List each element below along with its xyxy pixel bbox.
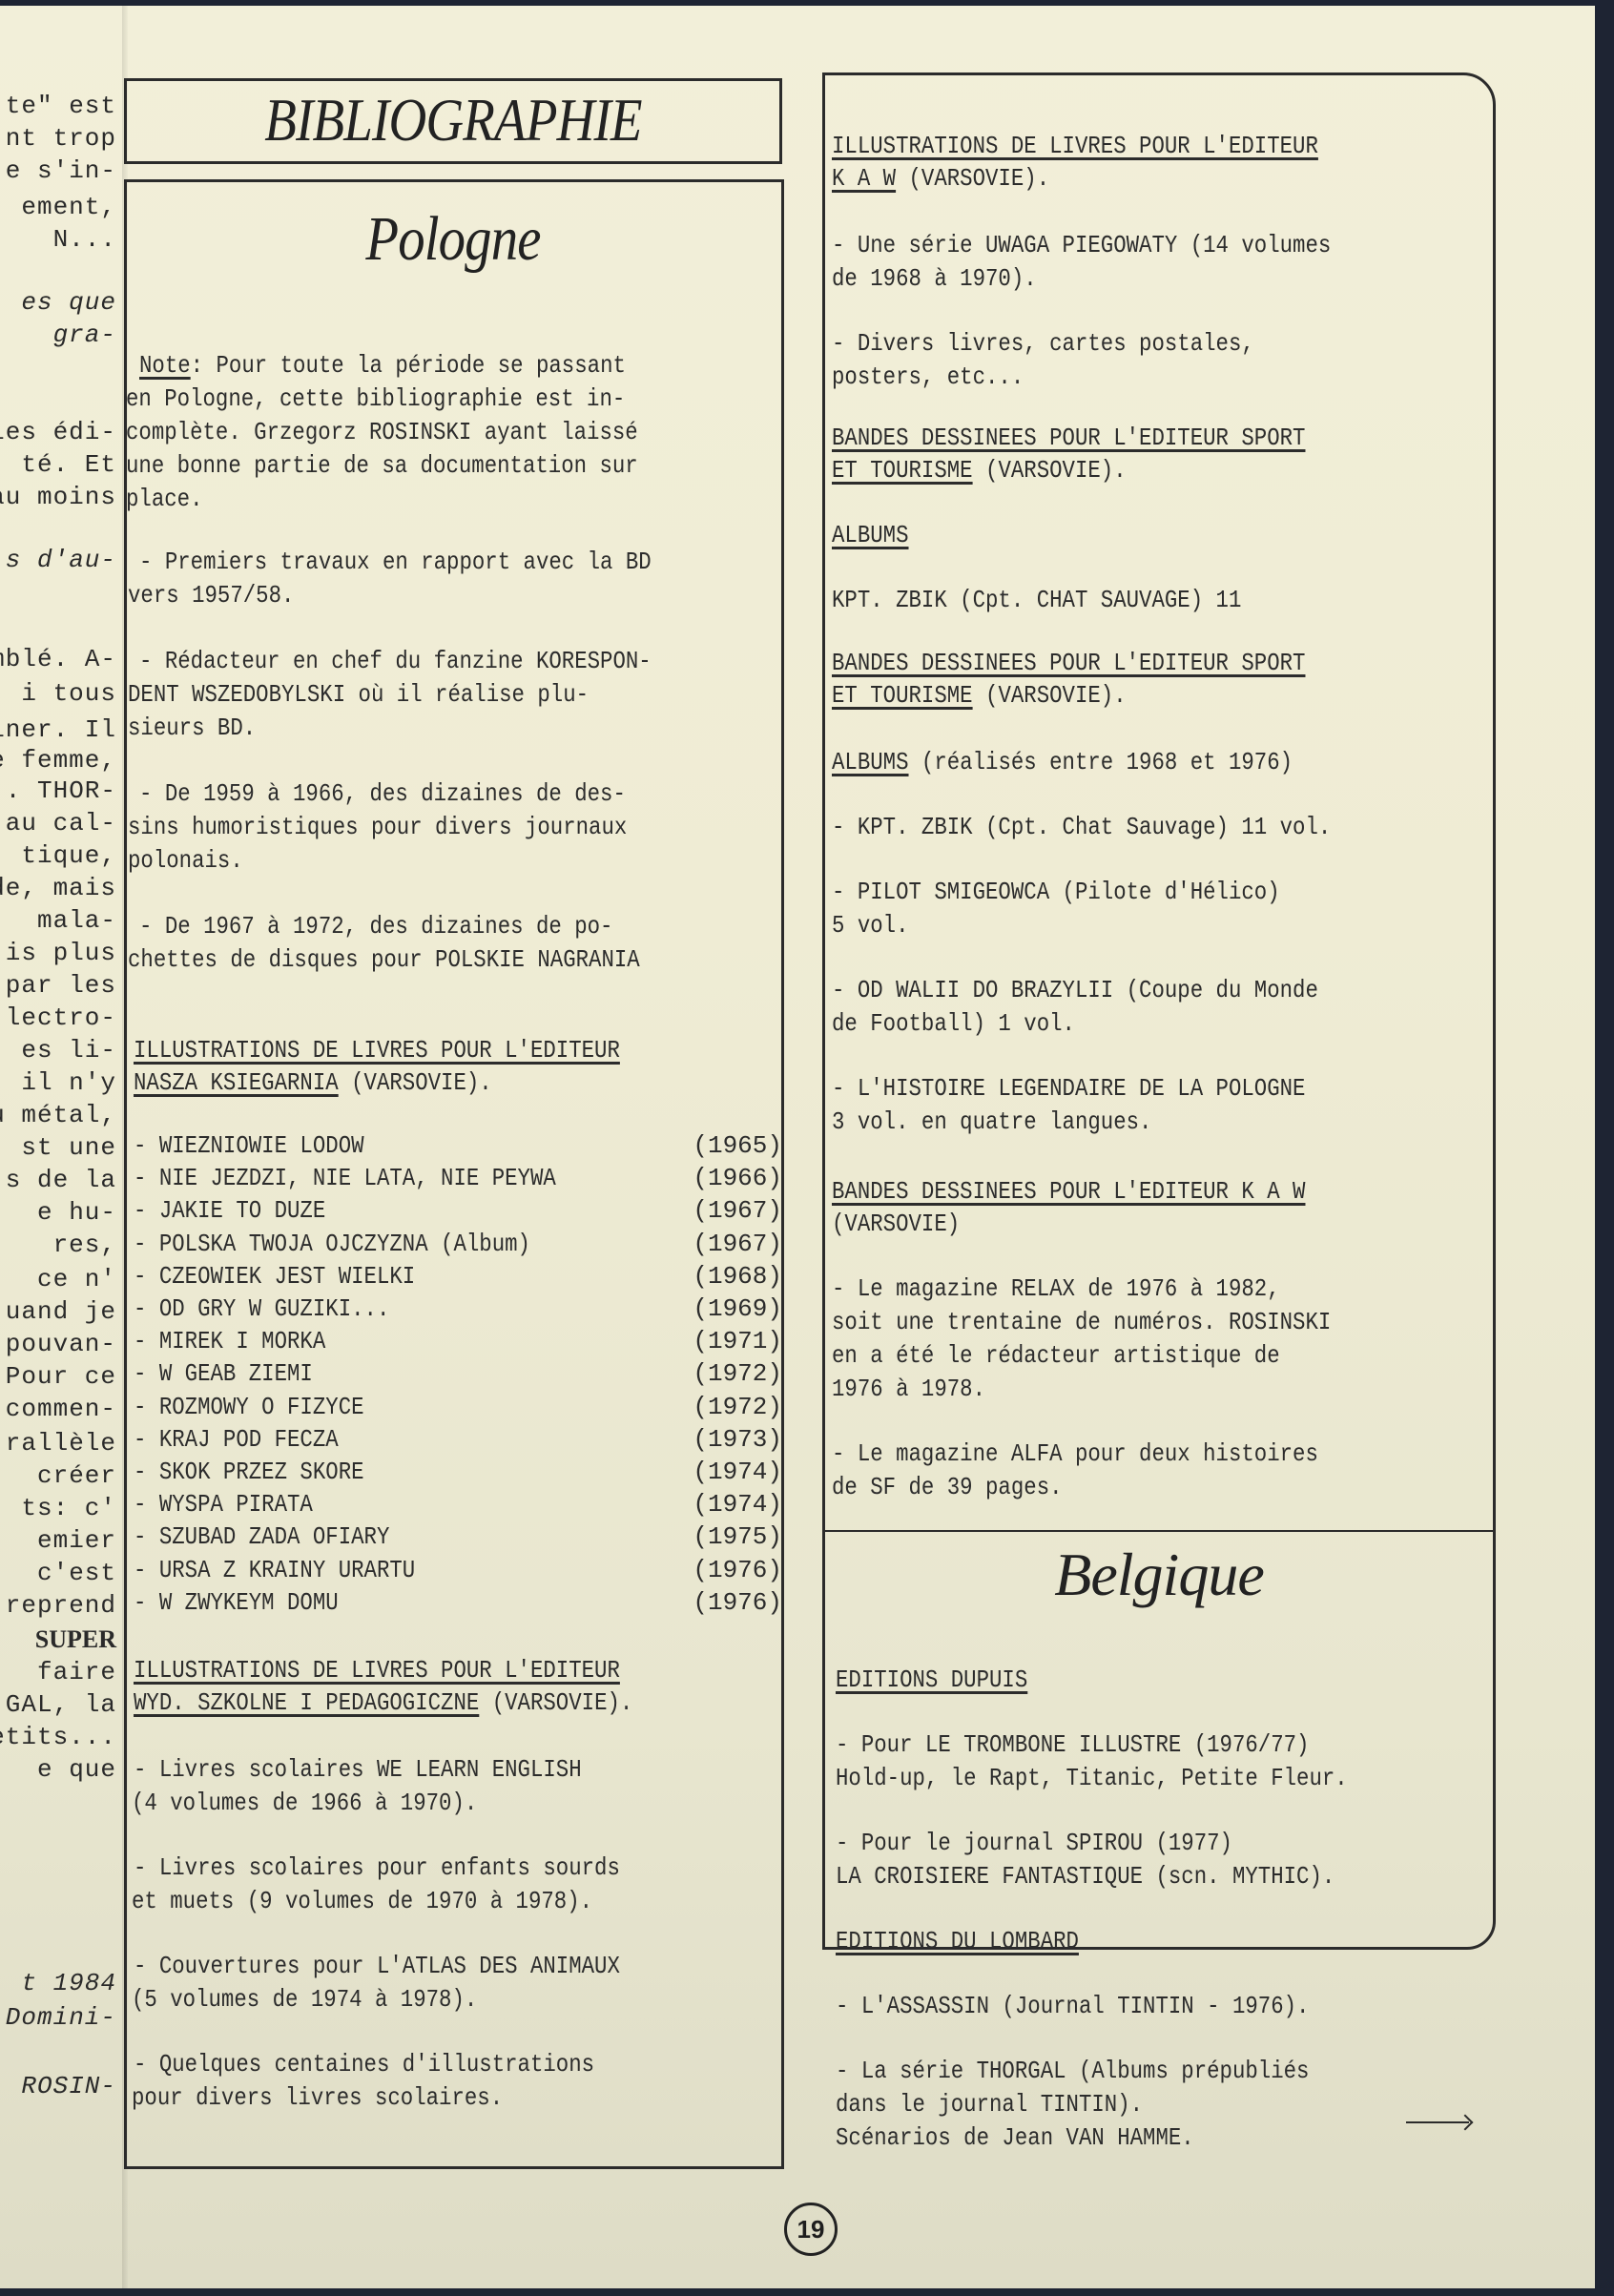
text-span: (VARSOVIE). <box>339 1068 492 1097</box>
albums-label: ALBUMS <box>832 519 909 552</box>
bullet-line: (5 volumes de 1974 à 1978). <box>132 1983 477 2017</box>
fragment-line: mblé. A- <box>0 645 116 673</box>
text-span: - Une série UWAGA PIEGOWATY (14 volumes <box>832 231 1331 259</box>
underlined-heading-text: ET TOURISME <box>832 456 973 485</box>
book-title: - WYSPA PIRATA <box>134 1488 313 1520</box>
text-span: complète. Grzegorz ROSINSKI ayant laissé <box>126 418 638 446</box>
fragment-line: Pour ce <box>6 1362 116 1391</box>
kaw-bd-heading: BANDES DESSINEES POUR L'EDITEUR K A W <box>832 1175 1305 1209</box>
book-row: - CZEOWIEK JEST WIELKI(1968) <box>134 1260 782 1293</box>
text-span: pour divers livres scolaires. <box>132 2083 503 2112</box>
bullet-line: - Rédacteur en chef du fanzine KORESPON- <box>139 645 652 678</box>
bullet-line: - Quelques centaines d'illustrations <box>134 2048 594 2081</box>
underlined-heading-text: ILLUSTRATIONS DE LIVRES POUR L'EDITEUR <box>134 1036 620 1065</box>
text-span: 3 vol. en quatre langues. <box>832 1107 1151 1136</box>
nasza-heading: NASZA KSIEGARNIA (VARSOVIE). <box>134 1066 492 1100</box>
note-line: en Pologne, cette bibliographie est in- <box>126 383 625 416</box>
text-span: une bonne partie de sa documentation sur <box>126 451 638 480</box>
book-row: - URSA Z KRAINY URARTU(1976) <box>134 1554 782 1586</box>
fragment-line: au cal- <box>6 809 116 838</box>
text-span: sieurs BD. <box>128 714 256 742</box>
note-line: place. <box>126 483 203 516</box>
kaw-heading: K A W (VARSOVIE). <box>832 162 1049 196</box>
book-year: (1973) <box>693 1423 782 1456</box>
text-span: - KPT. ZBIK (Cpt. Chat Sauvage) 11 vol. <box>832 813 1331 841</box>
text-span: soit une trentaine de numéros. ROSINSKI <box>832 1308 1331 1336</box>
fragment-line: les édi- <box>0 418 116 446</box>
book-year: (1969) <box>693 1293 782 1325</box>
text-span: 5 vol. <box>832 911 909 940</box>
bullet-line: de 1968 à 1970). <box>832 262 1037 296</box>
fragment-line: u métal, <box>0 1101 116 1129</box>
bullet-line: de Football) 1 vol. <box>832 1007 1075 1041</box>
bullet-line: en a été le rédacteur artistique de <box>832 1339 1280 1373</box>
bullet-line: chettes de disques pour POLSKIE NAGRANIA <box>128 943 640 977</box>
fragment-line: mala- <box>37 906 116 935</box>
book-year: (1967) <box>693 1228 782 1260</box>
text-span: - Le magazine ALFA pour deux histoires <box>832 1439 1318 1468</box>
book-year: (1968) <box>693 1260 782 1293</box>
book-title: - ROZMOWY O FIZYCE <box>134 1391 364 1423</box>
text-span: de 1968 à 1970). <box>832 264 1037 293</box>
bullet-line: posters, etc... <box>832 361 1024 394</box>
book-title: - NIE JEZDZI, NIE LATA, NIE PEYWA <box>134 1162 556 1194</box>
text-span: en a été le rédacteur artistique de <box>832 1341 1280 1370</box>
bullet-line: - Premiers travaux en rapport avec la BD <box>139 546 652 579</box>
text-span: sins humoristiques pour divers journaux <box>128 813 627 841</box>
book-year: (1975) <box>693 1520 782 1553</box>
book-year: (1974) <box>693 1488 782 1520</box>
text-span: - De 1967 à 1972, des dizaines de po- <box>139 912 612 941</box>
book-title: - SZUBAD ZADA OFIARY <box>134 1520 389 1553</box>
fragment-line: au moins <box>0 483 116 511</box>
book-row: - KRAJ POD FECZA(1973) <box>134 1423 782 1456</box>
bullet-line: - De 1967 à 1972, des dizaines de po- <box>139 910 612 943</box>
fragment-line: e que <box>37 1755 116 1784</box>
bullet-line: Scénarios de Jean VAN HAMME. <box>836 2121 1194 2155</box>
text-span: 1976 à 1978. <box>832 1375 985 1403</box>
book-row: - WIEZNIOWIE LODOW(1965) <box>134 1129 782 1162</box>
book-year: (1976) <box>693 1586 782 1619</box>
text-span: - Le magazine RELAX de 1976 à 1982, <box>832 1274 1280 1303</box>
previous-page-column-fragment: te" estnt trope s'in-ement,N...es quegra… <box>0 6 122 2289</box>
underlined-heading-text: ALBUMS <box>832 748 909 776</box>
text-span: - Quelques centaines d'illustrations <box>134 2050 594 2079</box>
text-span: - Livres scolaires pour enfants sourds <box>134 1853 620 1882</box>
album-line: KPT. ZBIK (Cpt. CHAT SAUVAGE) 11 <box>832 584 1241 617</box>
fragment-line: . THOR- <box>6 776 116 805</box>
sport-heading: BANDES DESSINEES POUR L'EDITEUR SPORT <box>832 422 1305 455</box>
nasza-heading: ILLUSTRATIONS DE LIVRES POUR L'EDITEUR <box>134 1034 620 1067</box>
fragment-line: , il n'y <box>0 1068 116 1097</box>
book-title: - SKOK PRZEZ SKORE <box>134 1456 364 1488</box>
fragment-line: res, <box>53 1231 116 1259</box>
text-span: - Premiers travaux en rapport avec la BD <box>139 548 652 576</box>
fragment-line: faire <box>37 1658 116 1686</box>
book-year: (1972) <box>693 1357 782 1390</box>
book-title: - WIEZNIOWIE LODOW <box>134 1129 364 1162</box>
bullet-line: sins humoristiques pour divers journaux <box>128 811 627 844</box>
book-row: - SZUBAD ZADA OFIARY(1975) <box>134 1520 782 1553</box>
text-span: (5 volumes de 1974 à 1978). <box>132 1985 477 2014</box>
fragment-line: gra- <box>53 321 116 349</box>
book-title: - W ZWYKEYM DOMU <box>134 1586 339 1619</box>
bullet-line: - L'HISTOIRE LEGENDAIRE DE LA POLOGNE <box>832 1072 1305 1106</box>
bullet-line: - KPT. ZBIK (Cpt. Chat Sauvage) 11 vol. <box>832 811 1331 844</box>
fragment-line: i tous <box>21 679 116 708</box>
text-span: en Pologne, cette bibliographie est in- <box>126 384 625 413</box>
fragment-line: c'est <box>37 1559 116 1587</box>
underlined-heading-text: K A W <box>832 164 896 193</box>
scan-edge <box>1595 0 1614 2296</box>
bullet-line: sieurs BD. <box>128 712 256 745</box>
text-span: (VARSOVIE). <box>896 164 1049 193</box>
text-span: et muets (9 volumes de 1970 à 1978). <box>132 1887 592 1915</box>
text-span: LA CROISIERE FANTASTIQUE (scn. MYTHIC). <box>836 1862 1335 1891</box>
bullet-line: polonais. <box>128 844 243 878</box>
text-span: (VARSOVIE) <box>832 1210 960 1238</box>
book-row: - W GEAB ZIEMI(1972) <box>134 1357 782 1390</box>
page-number: 19 <box>784 2203 838 2256</box>
text-span: place. <box>126 485 203 513</box>
fragment-line: s d'au- <box>6 546 116 574</box>
fragment-line: par les <box>6 971 116 1000</box>
bullet-line: de SF de 39 pages. <box>832 1471 1063 1504</box>
fragment-line: iner. Il <box>0 715 116 744</box>
underlined-heading-text: ALBUMS <box>832 521 909 549</box>
fragment-line: nt trop <box>6 124 116 153</box>
text-span: dans le journal TINTIN). <box>836 2090 1143 2119</box>
bullet-line: - PILOT SMIGEOWCA (Pilote d'Hélico) <box>832 876 1280 909</box>
fragment-line: ce n' <box>37 1265 116 1293</box>
fragment-line: SUPER <box>35 1625 116 1654</box>
fragment-line: té. Et <box>21 450 116 479</box>
fragment-line: ROSIN- <box>21 2072 116 2100</box>
book-row: - POLSKA TWOJA OJCZYZNA (Album)(1967) <box>134 1228 782 1260</box>
underlined-heading-text: BANDES DESSINEES POUR L'EDITEUR SPORT <box>832 424 1305 452</box>
fragment-line: pouvan- <box>6 1330 116 1358</box>
book-year: (1976) <box>693 1554 782 1586</box>
book-title: - W GEAB ZIEMI <box>134 1357 313 1390</box>
fragment-line: etits... <box>0 1723 116 1751</box>
wyd-heading: WYD. SZKOLNE I PEDAGOGICZNE (VARSOVIE). <box>134 1686 632 1720</box>
sport-heading: ET TOURISME (VARSOVIE). <box>832 454 1127 487</box>
book-row: - MIREK I MORKA(1971) <box>134 1325 782 1357</box>
book-row: - OD GRY W GUZIKI...(1969) <box>134 1293 782 1325</box>
bullet-line: - La série THORGAL (Albums prépubliés <box>836 2055 1309 2088</box>
bullet-line: - Livres scolaires pour enfants sourds <box>134 1851 620 1885</box>
book-title: - POLSKA TWOJA OJCZYZNA (Album) <box>134 1228 530 1260</box>
underlined-heading-text: ET TOURISME <box>832 681 973 710</box>
underlined-heading-text: EDITIONS DUPUIS <box>836 1665 1027 1694</box>
bullet-line: - Le magazine RELAX de 1976 à 1982, <box>832 1272 1280 1306</box>
wyd-heading: ILLUSTRATIONS DE LIVRES POUR L'EDITEUR <box>134 1654 620 1687</box>
book-row: - NIE JEZDZI, NIE LATA, NIE PEYWA(1966) <box>134 1162 782 1194</box>
text-span: (VARSOVIE). <box>973 681 1127 710</box>
fragment-line: Domini- <box>6 2003 116 2032</box>
text-span: (VARSOVIE). <box>973 456 1127 485</box>
bullet-line: Hold-up, le Rapt, Titanic, Petite Fleur. <box>836 1762 1348 1795</box>
text-span: - Pour LE TROMBONE ILLUSTRE (1976/77) <box>836 1730 1309 1759</box>
fragment-line: e s'in- <box>6 156 116 185</box>
text-span: KPT. ZBIK (Cpt. CHAT SAUVAGE) 11 <box>832 586 1241 614</box>
bullet-line: 3 vol. en quatre langues. <box>832 1106 1151 1139</box>
bullet-line: - Divers livres, cartes postales, <box>832 327 1254 361</box>
book-title: - CZEOWIEK JEST WIELKI <box>134 1260 415 1293</box>
fragment-line: uand je <box>6 1297 116 1326</box>
book-row: - JAKIE TO DUZE(1967) <box>134 1194 782 1227</box>
bullet-line: - Couvertures pour L'ATLAS DES ANIMAUX <box>134 1950 620 1983</box>
fragment-line: t 1984 <box>21 1969 116 1997</box>
book-year: (1972) <box>693 1391 782 1423</box>
book-title: - KRAJ POD FECZA <box>134 1423 339 1456</box>
fragment-line: ts: c' <box>21 1494 116 1522</box>
text-span: - PILOT SMIGEOWCA (Pilote d'Hélico) <box>832 878 1280 906</box>
bullet-line: - Pour LE TROMBONE ILLUSTRE (1976/77) <box>836 1728 1309 1762</box>
text-span: (réalisés entre 1968 et 1976) <box>909 748 1293 776</box>
text-span: chettes de disques pour POLSKIE NAGRANIA <box>128 945 640 974</box>
lombard-heading: EDITIONS DU LOMBARD <box>836 1925 1079 1958</box>
text-span: (VARSOVIE). <box>479 1688 632 1717</box>
scan-edge-bottom <box>0 2288 1614 2296</box>
text-span: - Rédacteur en chef du fanzine KORESPON- <box>139 647 652 675</box>
bullet-line: pour divers livres scolaires. <box>132 2081 503 2115</box>
book-year: (1967) <box>693 1194 782 1227</box>
bullet-line: 5 vol. <box>832 909 909 942</box>
text-span: - Pour le journal SPIROU (1977) <box>836 1829 1232 1857</box>
book-row: - SKOK PRZEZ SKORE(1974) <box>134 1456 782 1488</box>
bullet-line: - De 1959 à 1966, des dizaines de des- <box>139 777 626 811</box>
bullet-line: - Pour le journal SPIROU (1977) <box>836 1827 1232 1860</box>
text-span: de Football) 1 vol. <box>832 1009 1075 1038</box>
fragment-line: es que <box>21 288 116 317</box>
book-title: - JAKIE TO DUZE <box>134 1194 325 1227</box>
text-span: (4 volumes de 1966 à 1970). <box>132 1789 477 1817</box>
text-span: polonais. <box>128 846 243 875</box>
kaw-bd-heading: (VARSOVIE) <box>832 1208 960 1241</box>
note-line: une bonne partie de sa documentation sur <box>126 449 638 483</box>
note-line: Note: Pour toute la période se passant <box>139 349 626 383</box>
fragment-line: s de la <box>6 1166 116 1194</box>
fragment-line: reprend <box>6 1591 116 1620</box>
fragment-line: st une <box>21 1133 116 1162</box>
bullet-line: - Le magazine ALFA pour deux histoires <box>832 1438 1318 1471</box>
underlined-heading-text: ILLUSTRATIONS DE LIVRES POUR L'EDITEUR <box>134 1656 620 1685</box>
bullet-line: et muets (9 volumes de 1970 à 1978). <box>132 1885 592 1918</box>
fragment-line: es li- <box>21 1036 116 1065</box>
underlined-heading-text: Note <box>139 351 191 380</box>
fragment-line: GAL, la <box>6 1690 116 1719</box>
bullet-line: DENT WSZEDOBYLSKI où il réalise plu- <box>128 678 589 712</box>
bullet-line: - Livres scolaires WE LEARN ENGLISH <box>134 1753 582 1787</box>
underlined-heading-text: WYD. SZKOLNE I PEDAGOGICZNE <box>134 1688 479 1717</box>
book-year: (1971) <box>693 1325 782 1357</box>
note-line: complète. Grzegorz ROSINSKI ayant laissé <box>126 416 638 449</box>
underlined-heading-text: ILLUSTRATIONS DE LIVRES POUR L'EDITEUR <box>832 132 1318 160</box>
text-span: posters, etc... <box>832 362 1024 391</box>
albums-label: ALBUMS (réalisés entre 1968 et 1976) <box>832 746 1293 779</box>
fragment-line: rallèle <box>6 1429 116 1458</box>
nasza-ksiegarnia-book-list: - WIEZNIOWIE LODOW(1965)- NIE JEZDZI, NI… <box>134 1129 782 1619</box>
text-span: - Livres scolaires WE LEARN ENGLISH <box>134 1755 582 1784</box>
bullet-line: - OD WALII DO BRAZYLII (Coupe du Monde <box>832 974 1318 1007</box>
fragment-line: commen- <box>6 1395 116 1423</box>
sport-heading: BANDES DESSINEES POUR L'EDITEUR SPORT <box>832 647 1305 680</box>
book-row: - WYSPA PIRATA(1974) <box>134 1488 782 1520</box>
page-title: BIBLIOGRAPHIE <box>170 82 735 158</box>
magazine-page: te" estnt trope s'in-ement,N...es quegra… <box>0 6 1595 2289</box>
fragment-line: e hu- <box>37 1198 116 1227</box>
bullet-line: dans le journal TINTIN). <box>836 2088 1143 2121</box>
text-span: Hold-up, le Rapt, Titanic, Petite Fleur. <box>836 1764 1348 1792</box>
bullet-line: - Une série UWAGA PIEGOWATY (14 volumes <box>832 229 1331 262</box>
text-span: - L'ASSASSIN (Journal TINTIN - 1976). <box>836 1992 1309 2020</box>
section-heading-belgique: Belgique <box>822 1532 1496 1618</box>
bullet-line: (4 volumes de 1966 à 1970). <box>132 1787 477 1820</box>
fragment-line: de, mais <box>0 874 116 902</box>
fragment-line: lectro- <box>6 1003 116 1032</box>
text-span: - De 1959 à 1966, des dizaines de des- <box>139 779 626 808</box>
fragment-line: te" est <box>6 92 116 120</box>
text-span: - OD WALII DO BRAZYLII (Coupe du Monde <box>832 976 1318 1004</box>
book-year: (1974) <box>693 1456 782 1488</box>
book-year: (1965) <box>693 1129 782 1162</box>
text-span: - L'HISTOIRE LEGENDAIRE DE LA POLOGNE <box>832 1074 1305 1103</box>
text-span: - Divers livres, cartes postales, <box>832 329 1254 358</box>
underlined-heading-text: BANDES DESSINEES POUR L'EDITEUR SPORT <box>832 649 1305 677</box>
arrow-right-icon <box>1406 2121 1469 2123</box>
bullet-line: LA CROISIERE FANTASTIQUE (scn. MYTHIC). <box>836 1860 1335 1893</box>
text-span: - Couvertures pour L'ATLAS DES ANIMAUX <box>134 1952 620 1980</box>
underlined-heading-text: EDITIONS DU LOMBARD <box>836 1927 1079 1955</box>
book-title: - OD GRY W GUZIKI... <box>134 1293 389 1325</box>
fragment-line: N... <box>53 225 116 254</box>
underlined-heading-text: NASZA KSIEGARNIA <box>134 1068 339 1097</box>
fragment-line: is plus <box>6 939 116 967</box>
bullet-line: vers 1957/58. <box>128 579 294 612</box>
section-heading-pologne: Pologne <box>170 197 735 282</box>
bullet-line: soit une trentaine de numéros. ROSINSKI <box>832 1306 1331 1339</box>
book-year: (1966) <box>693 1162 782 1194</box>
underlined-heading-text: BANDES DESSINEES POUR L'EDITEUR K A W <box>832 1177 1305 1206</box>
sport-heading: ET TOURISME (VARSOVIE). <box>832 679 1127 713</box>
fragment-line: e femme, <box>0 746 116 775</box>
fragment-line: ement, <box>21 193 116 221</box>
text-span: - La série THORGAL (Albums prépubliés <box>836 2057 1309 2085</box>
book-row: - ROZMOWY O FIZYCE(1972) <box>134 1391 782 1423</box>
book-title: - URSA Z KRAINY URARTU <box>134 1554 415 1586</box>
kaw-heading: ILLUSTRATIONS DE LIVRES POUR L'EDITEUR <box>832 130 1318 163</box>
bullet-line: 1976 à 1978. <box>832 1373 985 1406</box>
bullet-line: - L'ASSASSIN (Journal TINTIN - 1976). <box>836 1990 1309 2023</box>
text-span: DENT WSZEDOBYLSKI où il réalise plu- <box>128 680 589 709</box>
dupuis-heading: EDITIONS DUPUIS <box>836 1664 1027 1697</box>
text-span: : Pour toute la période se passant <box>191 351 626 380</box>
book-row: - W ZWYKEYM DOMU(1976) <box>134 1586 782 1619</box>
book-title: - MIREK I MORKA <box>134 1325 325 1357</box>
fragment-line: créer <box>37 1461 116 1490</box>
fragment-line: tique, <box>21 841 116 870</box>
text-span: de SF de 39 pages. <box>832 1473 1063 1501</box>
text-span: Scénarios de Jean VAN HAMME. <box>836 2123 1194 2152</box>
text-span: vers 1957/58. <box>128 581 294 610</box>
fragment-line: emier <box>37 1526 116 1555</box>
